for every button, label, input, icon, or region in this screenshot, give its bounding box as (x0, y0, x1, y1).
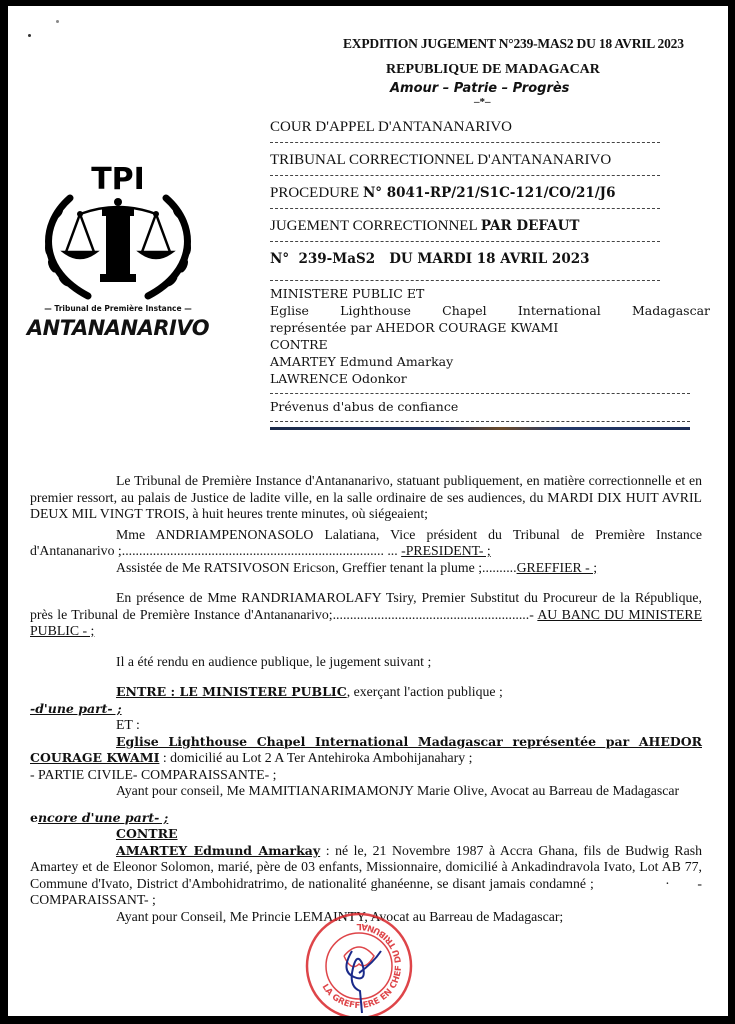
between-label: ENTRE : LE MINISTERE PUBLIC (116, 684, 347, 699)
intro-paragraph: Le Tribunal de Première Instance d'Antan… (30, 473, 702, 523)
party-line: MINISTERE PUBLIC ET (270, 285, 690, 302)
court-name: COUR D'APPEL D'ANTANANARIVO (270, 114, 690, 140)
scan-speck (28, 34, 31, 37)
scan-speck (56, 20, 59, 23)
case-header: COUR D'APPEL D'ANTANANARIVO TRIBUNAL COR… (270, 114, 690, 430)
president-text: Mme ANDRIAMPENONASOLO Lalatiana, Vice pr… (30, 527, 702, 559)
judgment-type-line: JUGEMENT CORRECTIONNEL PAR DEFAUT (270, 213, 690, 239)
between-line: ENTRE : LE MINISTERE PUBLIC, exerçant l'… (30, 684, 702, 701)
national-motto: Amour – Patrie – Progrès (390, 81, 569, 96)
civil-party-role: - PARTIE CIVILE- COMPARAISSANTE- ; (30, 767, 702, 784)
dashed-divider (270, 241, 660, 242)
rendered-line: Il a été rendu en audience publique, le … (30, 654, 702, 671)
judgment-type: PAR DEFAUT (481, 218, 580, 234)
party-line: AMARTEY Edmund Amarkay (270, 353, 690, 370)
party-line: LAWRENCE Odonkor (270, 370, 690, 387)
expedition-title: EXPDITION JUGEMENT N°239-MAS2 DU 18 AVRI… (343, 36, 684, 52)
prosecutor-paragraph: En présence de Mme RANDRIAMAROLAFY Tsiry… (30, 590, 702, 640)
one-part: -d'une part- ; (30, 701, 122, 716)
civil-counsel: Ayant pour conseil, Me MAMITIANARIMAMONJ… (30, 783, 702, 800)
judgment-number-line: N° 239-MaS2 DU MARDI 18 AVRIL 2023 (270, 246, 690, 272)
party-line: CONTRE (270, 336, 690, 353)
tpi-logo: TPI (18, 156, 218, 346)
parties-list: MINISTERE PUBLIC ET Eglise Lighthouse Ch… (270, 285, 690, 387)
another-part: ncore d'une part- ; (38, 810, 168, 825)
republic-heading: REPUBLIQUE DE MADAGACAR (386, 62, 600, 78)
dashed-divider (270, 421, 690, 422)
clerk-paragraph: Assistée de Me RATSIVOSON Ericson, Greff… (30, 560, 702, 577)
logo-subtitle: — Tribunal de Première Instance — (18, 304, 218, 313)
logo-city: ANTANANARIVO (18, 316, 218, 340)
procedure-number: N° 8041-RP/21/S1C-121/CO/21/J6 (363, 185, 616, 201)
defendant-paragraph: AMARTEY Edmund Amarkay : né le, 21 Novem… (30, 843, 702, 909)
clerk-text: Assistée de Me RATSIVOSON Ericson, Greff… (116, 560, 517, 575)
dashed-divider (270, 280, 660, 281)
civil-party-paragraph: Eglise Lighthouse Chapel International M… (30, 734, 702, 767)
party-line: représentée par AHEDOR COURAGE KWAMI (270, 319, 690, 336)
clerk-role: GREFFIER - ; (517, 560, 598, 575)
procedure-line: PROCEDURE N° 8041-RP/21/S1C-121/CO/21/J6 (270, 180, 690, 206)
civil-party-address: : domicilié au Lot 2 A Ter Antehiroka Am… (159, 750, 472, 765)
party-line: Eglise Lighthouse Chapel International M… (270, 302, 710, 319)
procedure-label: PROCEDURE (270, 185, 363, 201)
judgment-label: JUGEMENT CORRECTIONNEL (270, 218, 481, 234)
judgment-body: Le Tribunal de Première Instance d'Antan… (30, 473, 702, 925)
dashed-divider (270, 208, 660, 209)
president-paragraph: Mme ANDRIAMPENONASOLO Lalatiana, Vice pr… (30, 527, 702, 560)
and-line: ET : (30, 717, 702, 734)
president-role: -PRESIDENT- ; (401, 543, 491, 558)
court-stamp: LA GREFFIERE EN CHEF DU TRIBUNAL (304, 911, 414, 1016)
one-part-line: -d'une part- ; (30, 701, 702, 718)
against-label: CONTRE (116, 826, 177, 841)
dashed-divider (270, 175, 660, 176)
another-part-line: encore d'une part- ; (30, 810, 702, 827)
another-part-prefix: e (30, 810, 38, 825)
defendant-name: AMARTEY Edmund Amarkay (116, 843, 320, 858)
dashed-divider (270, 393, 690, 394)
dashed-divider (270, 142, 660, 143)
judgment-number: N° 239-MaS2 DU MARDI 18 AVRIL 2023 (270, 251, 590, 267)
charge: Prévenus d'abus de confiance (270, 398, 690, 415)
colored-rule (270, 427, 690, 430)
svg-text:TPI: TPI (91, 162, 145, 197)
against-line: CONTRE (30, 826, 702, 843)
header-separator: –*– (474, 96, 491, 108)
document-page: EXPDITION JUGEMENT N°239-MAS2 DU 18 AVRI… (8, 6, 728, 1016)
scales-of-justice-icon: TPI (18, 156, 218, 306)
stamp-seal-icon: LA GREFFIERE EN CHEF DU TRIBUNAL (304, 911, 414, 1016)
between-text: , exerçant l'action publique ; (347, 684, 503, 699)
tribunal-name: TRIBUNAL CORRECTIONNEL D'ANTANANARIVO (270, 147, 690, 173)
